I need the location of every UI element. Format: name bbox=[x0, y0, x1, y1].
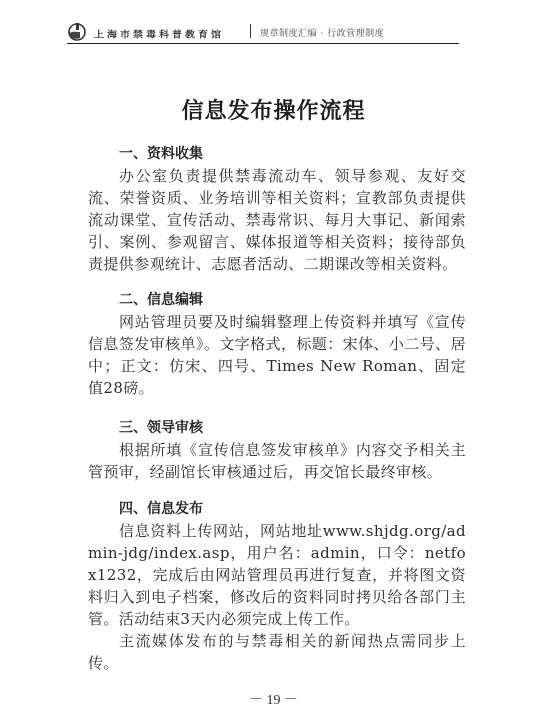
section-review: 三、领导审核 根据所填《宣传信息签发审核单》内容交予相关主管预审，经副馆长审核通… bbox=[88, 417, 466, 483]
page-header: 上海市禁毒科普教育馆 规章制度汇编 · 行政管理制度 bbox=[67, 20, 459, 44]
section-publishing: 四、信息发布 信息资料上传网站，网站地址www.shjdg.org/admin-… bbox=[88, 498, 466, 674]
section-paragraph: 主流媒体发布的与禁毒相关的新闻热点需同步上传。 bbox=[88, 630, 466, 674]
document-title: 信息发布操作流程 bbox=[0, 94, 547, 125]
section-heading: 三、领导审核 bbox=[88, 417, 466, 439]
section-editing: 二、信息编辑 网站管理员要及时编辑整理上传资料并填写《宣传信息签发审核单》。文字… bbox=[88, 289, 466, 399]
section-paragraph: 根据所填《宣传信息签发审核单》内容交予相关主管预审，经副馆长审核通过后，再交馆长… bbox=[88, 439, 466, 483]
section-paragraph: 网站管理员要及时编辑整理上传资料并填写《宣传信息签发审核单》。文字格式，标题：宋… bbox=[88, 311, 466, 399]
section-heading: 一、资料收集 bbox=[88, 143, 466, 165]
section-heading: 四、信息发布 bbox=[88, 498, 466, 520]
page-number: － 19 － bbox=[0, 689, 547, 709]
section-collection: 一、资料收集 办公室负责提供禁毒流动车、领导参观、友好交流、荣誉资质、业务培训等… bbox=[88, 143, 466, 275]
organization-name: 上海市禁毒科普教育馆 bbox=[94, 27, 224, 41]
museum-logo-icon bbox=[67, 21, 87, 41]
document-body: 一、资料收集 办公室负责提供禁毒流动车、领导参观、友好交流、荣誉资质、业务培训等… bbox=[88, 143, 466, 674]
section-heading: 二、信息编辑 bbox=[88, 289, 466, 311]
header-divider bbox=[250, 24, 251, 38]
section-paragraph: 办公室负责提供禁毒流动车、领导参观、友好交流、荣誉资质、业务培训等相关资料；宣教… bbox=[88, 165, 466, 275]
header-rule bbox=[67, 43, 459, 44]
section-paragraph: 信息资料上传网站，网站地址www.shjdg.org/admin-jdg/ind… bbox=[88, 520, 466, 630]
section-name: 规章制度汇编 · 行政管理制度 bbox=[260, 26, 384, 39]
